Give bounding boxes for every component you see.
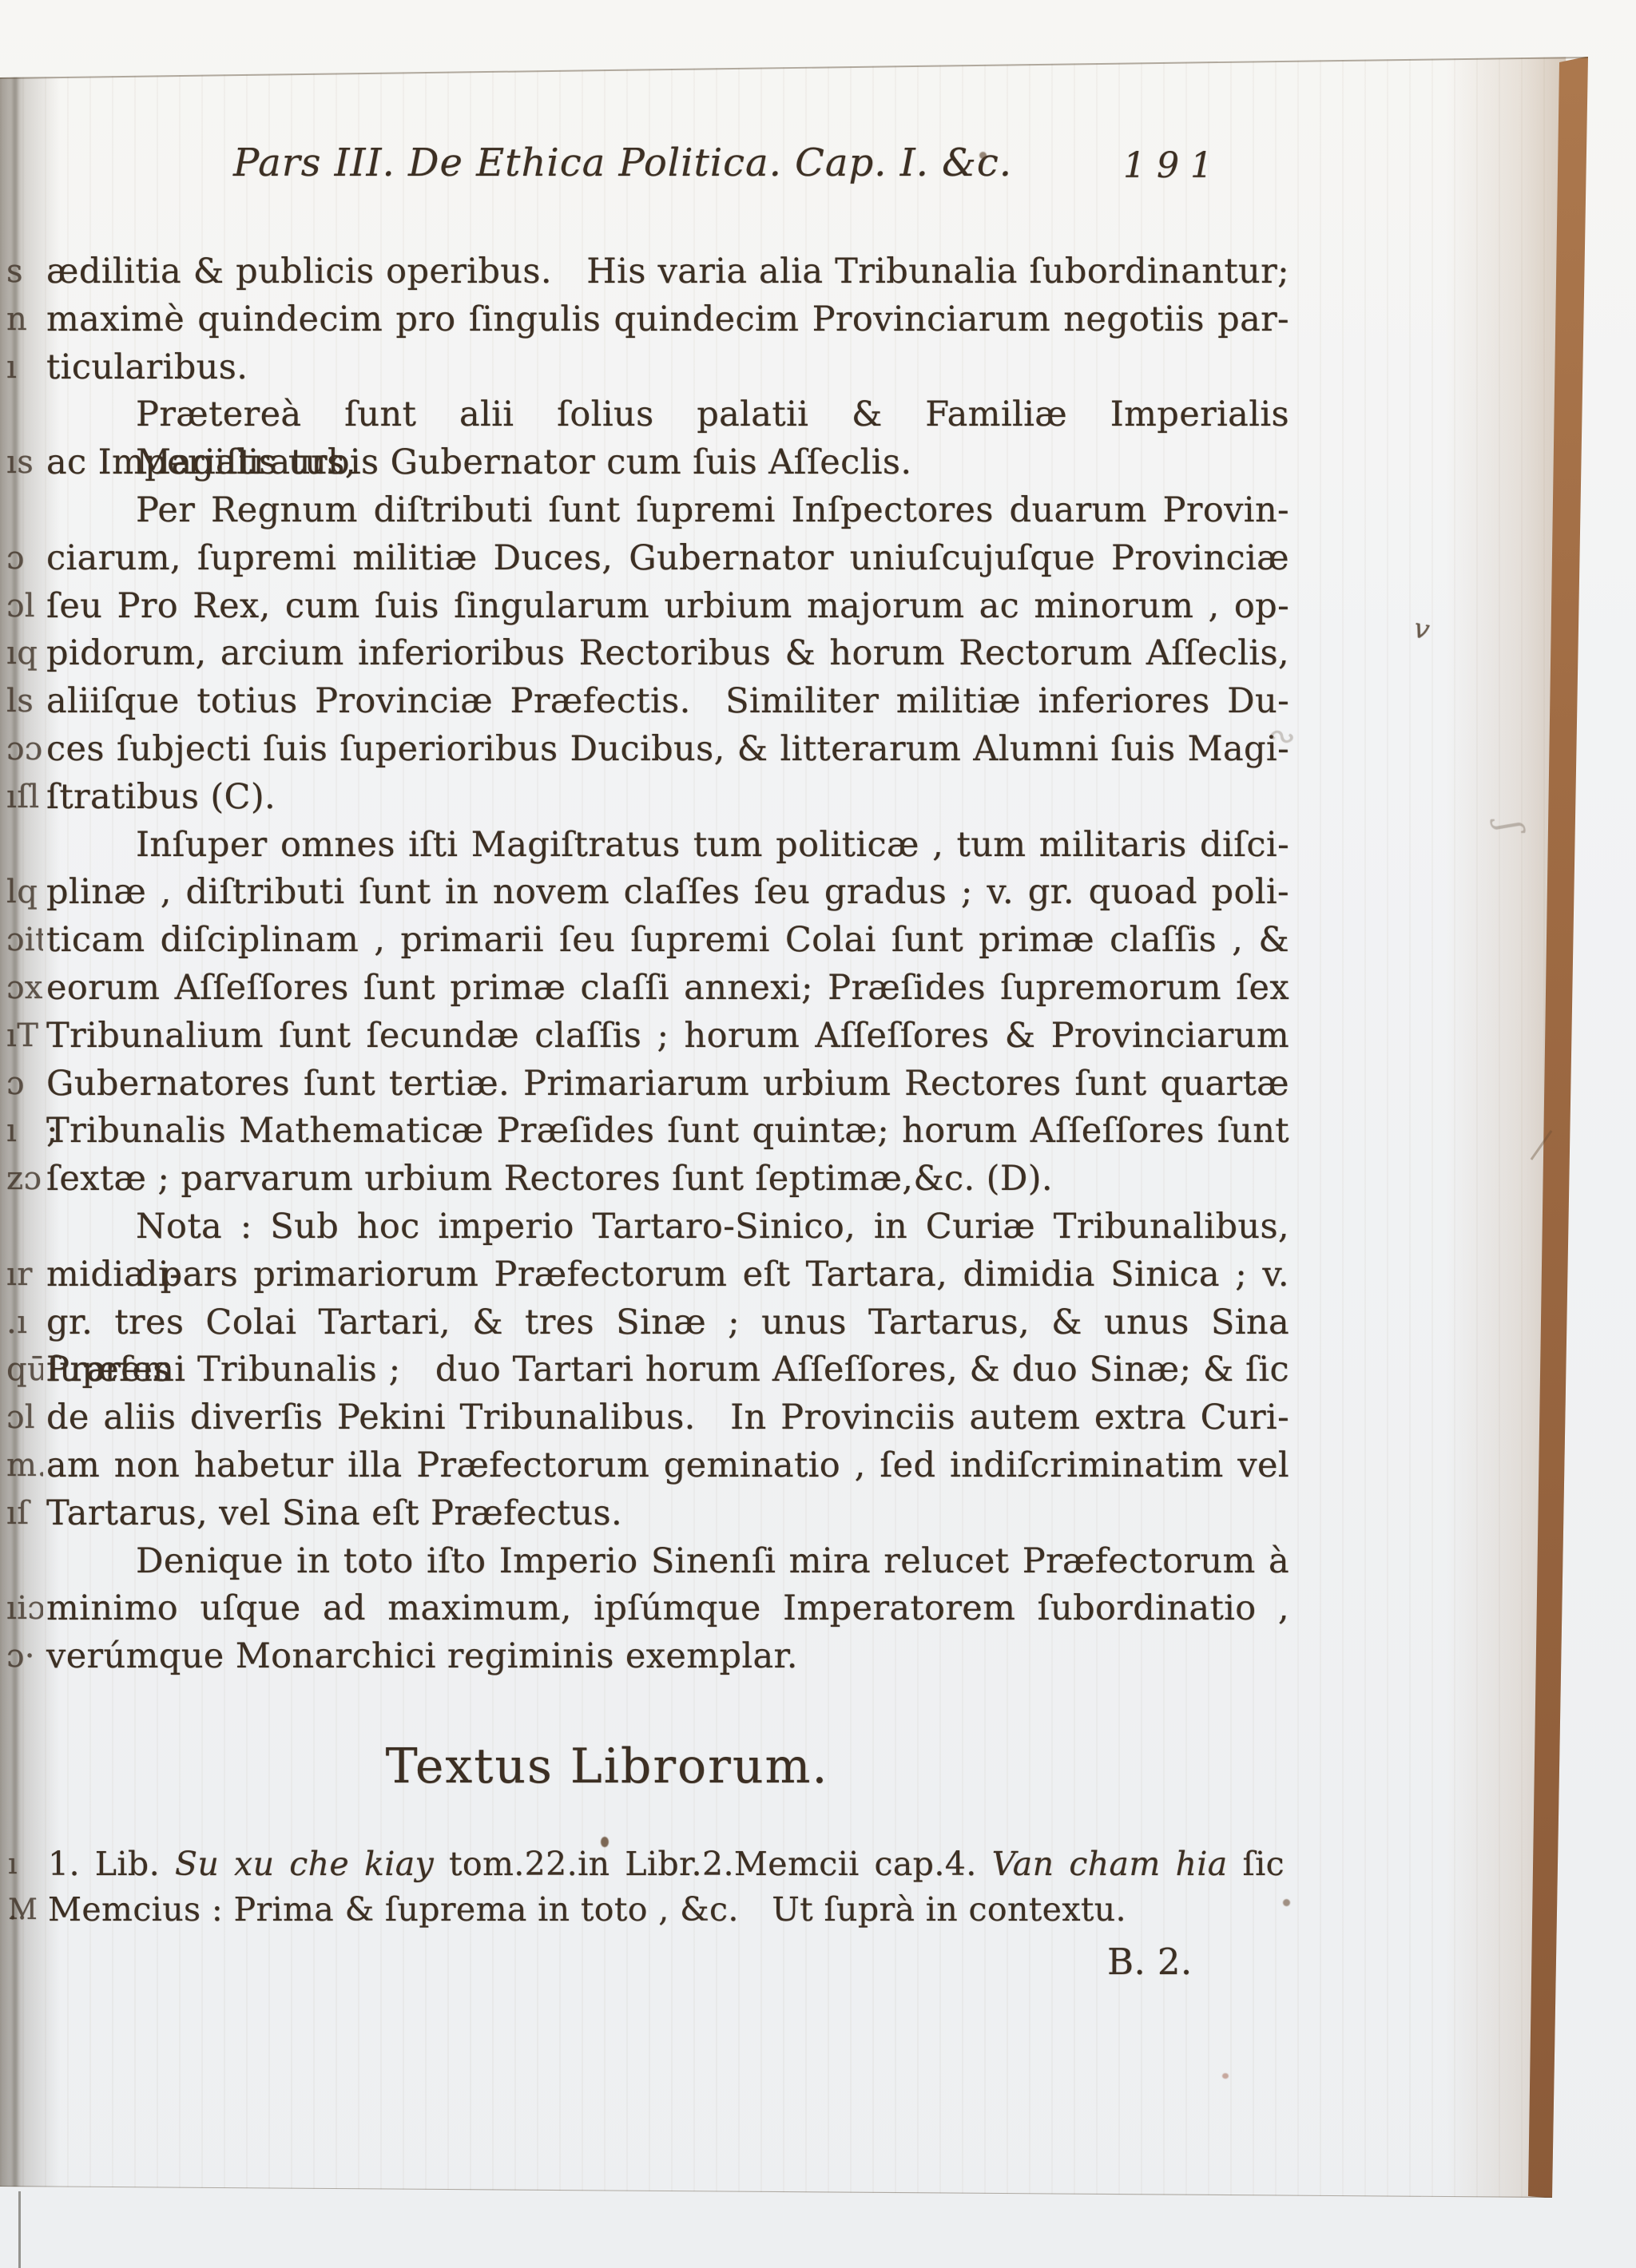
line-text: Per Regnum diſtributi ſunt ſupremi Inſpe…: [46, 487, 1289, 535]
gutter-fragment: ır: [6, 1251, 43, 1299]
gutter-fragment: ɔ: [6, 1061, 43, 1108]
line-text: Inſuper omnes iſti Magiſtratus tum polit…: [46, 822, 1289, 870]
gutter-fragment: zɔ: [6, 1156, 43, 1203]
text-line: ɔlſeu Pro Rex, cum ſuis ſingularum urbiu…: [46, 583, 1289, 631]
gutter-fragment: ɔx: [6, 965, 43, 1013]
line-text: ſtratibus (C).: [46, 774, 1289, 822]
gutter-fragment: ɔit: [6, 917, 43, 965]
line-text: eorum Aſſeſſores ſunt primæ claſſi annex…: [46, 965, 1289, 1013]
text-line: lsaliiſque totius Provinciæ Præfectis. S…: [46, 678, 1289, 726]
line-text: ac Imperialis urbis Gubernator cum ſuis …: [46, 439, 1289, 487]
text-line: ıTTribunalium ſunt ſecundæ claſſis ; hor…: [46, 1013, 1289, 1061]
line-text: ticam diſciplinam , primarii ſeu ſupremi…: [46, 917, 1289, 965]
signature-mark: B. 2.: [1107, 1941, 1193, 1983]
line-text: ſupremi Tribunalis ; duo Tartari horum A…: [46, 1346, 1289, 1394]
line-text: maximè quindecim pro ſingulis quindecim …: [46, 296, 1289, 344]
text-line: ɔitticam diſciplinam , primarii ſeu ſupr…: [46, 917, 1289, 965]
text-line: ıticularibus.: [46, 344, 1289, 392]
line-text: plinæ , diſtributi ſunt in novem claſſes…: [46, 869, 1289, 917]
gutter-fragment: s: [6, 248, 43, 296]
line-text: ciarum, ſupremi militiæ Duces, Gubernato…: [46, 535, 1289, 583]
text-line: Prætereà ſunt alii ſolius palatii & Fami…: [46, 391, 1289, 439]
text-line: ıſlſtratibus (C).: [46, 774, 1289, 822]
gutter-fragment: M: [8, 1887, 45, 1933]
gutter-fragment: ıſl: [6, 774, 43, 822]
text-line: ɔ·verúmque Monarchici regiminis exemplar…: [46, 1633, 1289, 1681]
running-title: Pars III. De Ethica Politica. Cap. I. &c…: [233, 141, 1012, 185]
text-line: ıiɔminimo uſque ad maximum, ipſúmque Imp…: [46, 1585, 1289, 1633]
gutter-fragment: ls: [6, 678, 43, 726]
gutter-fragment: ɔl: [6, 1394, 43, 1442]
gutter-fragment: ıs: [6, 439, 43, 487]
text-line: ɔlde aliis diverſis Pekini Tribunalibus.…: [46, 1394, 1289, 1442]
text-line: ı ..1. Lib. Su xu che kiay tom.22.in Lib…: [48, 1842, 1285, 1887]
text-line: Per Regnum diſtributi ſunt ſupremi Inſpe…: [46, 487, 1289, 535]
scan-background: Pars III. De Ethica Politica. Cap. I. &c…: [0, 0, 1636, 2268]
text-line: nmaximè quindecim pro ſingulis quindecim…: [46, 296, 1289, 344]
gutter-fragment: .ı: [6, 1299, 43, 1347]
gutter-fragment: m.: [6, 1442, 43, 1490]
line-text: pidorum, arcium inferioribus Rectoribus …: [46, 630, 1289, 678]
gutter-fragment: ıT: [6, 1013, 43, 1061]
text-line: m.am non habetur illa Præfectorum gemina…: [46, 1442, 1289, 1490]
line-text: ſextæ ; parvarum urbium Rectores ſunt ſe…: [46, 1156, 1289, 1203]
gutter-fragment: ɔl: [6, 583, 43, 631]
line-text: aliiſque totius Provinciæ Præfectis. Sim…: [46, 678, 1289, 726]
line-text: de aliis diverſis Pekini Tribunalibus. I…: [46, 1394, 1289, 1442]
line-text: Tribunalis Mathematicæ Præſides ſunt qui…: [46, 1108, 1289, 1156]
gutter-fragment: ıſ: [6, 1490, 43, 1538]
line-text: Tribunalium ſunt ſecundæ claſſis ; horum…: [46, 1013, 1289, 1061]
line-text: 1. Lib. Su xu che kiay tom.22.in Libr.2.…: [48, 1842, 1285, 1887]
text-line: ısac Imperialis urbis Gubernator cum ſui…: [46, 439, 1289, 487]
text-line: ɔxeorum Aſſeſſores ſunt primæ claſſi ann…: [46, 965, 1289, 1013]
line-text: Denique in toto iſto Imperio Sinenſi mir…: [46, 1538, 1289, 1586]
line-text: verúmque Monarchici regiminis exemplar.: [46, 1633, 1289, 1681]
gutter-fragment: ı: [6, 1108, 43, 1156]
section-heading: Textus Librorum.: [0, 1738, 1214, 1795]
line-text: ces ſubjecti ſuis ſuperioribus Ducibus, …: [46, 726, 1289, 774]
text-line: ıqpidorum, arcium inferioribus Rectoribu…: [46, 630, 1289, 678]
line-text: midia pars primariorum Præfectorum eſt T…: [46, 1251, 1289, 1299]
ink-speck: [1222, 2073, 1229, 2079]
text-line: ɔciarum, ſupremi militiæ Duces, Gubernat…: [46, 535, 1289, 583]
text-line: Inſuper omnes iſti Magiſtratus tum polit…: [46, 822, 1289, 870]
gutter-fragment: ıiɔ: [6, 1585, 43, 1633]
text-line: ɔGubernatores ſunt tertiæ. Primariarum u…: [46, 1061, 1289, 1108]
gutter-fragment: ıq: [6, 630, 43, 678]
scan-artifact-line: [18, 2191, 21, 2268]
text-line: .ıgr. tres Colai Tartari, & tres Sinæ ; …: [46, 1299, 1289, 1347]
gutter-fragment: ɔ·: [6, 1633, 43, 1681]
text-line: Nota : Sub hoc imperio Tartaro-Sinico, i…: [46, 1203, 1289, 1251]
line-text: Tartarus, vel Sina eſt Præfectus.: [46, 1490, 1289, 1538]
text-line: MMemcius : Prima & ſuprema in toto , &c.…: [48, 1887, 1285, 1933]
text-line: qūſupremi Tribunalis ; duo Tartari horum…: [46, 1346, 1289, 1394]
ink-speck: [1283, 1899, 1290, 1906]
line-text: ſeu Pro Rex, cum ſuis ſingularum urbium …: [46, 583, 1289, 631]
text-line: ıſTartarus, vel Sina eſt Præfectus.: [46, 1490, 1289, 1538]
line-text: ticularibus.: [46, 344, 1289, 392]
text-line: sædilitia & publicis operibus. His varia…: [46, 248, 1289, 296]
ink-speck: [601, 1837, 609, 1847]
gutter-fragment: qū: [6, 1346, 43, 1394]
text-line: ırmidia pars primariorum Præfectorum eſt…: [46, 1251, 1289, 1299]
line-text: minimo uſque ad maximum, ipſúmque Impera…: [46, 1585, 1289, 1633]
line-text: ædilitia & publicis operibus. His varia …: [46, 248, 1289, 296]
page-number: 191: [1123, 145, 1224, 186]
gutter-fragment: lq: [6, 869, 43, 917]
line-text: Memcius : Prima & ſuprema in toto , &c. …: [48, 1887, 1285, 1933]
body-text: sædilitia & publicis operibus. His varia…: [46, 248, 1289, 1681]
line-text: am non habetur illa Præfectorum geminati…: [46, 1442, 1289, 1490]
gutter-fragment: ɔɔ: [6, 726, 43, 774]
text-line: zɔſextæ ; parvarum urbium Rectores ſunt …: [46, 1156, 1289, 1203]
gutter-fragment: ɔ: [6, 535, 43, 583]
gutter-fragment: ı: [6, 344, 43, 392]
ink-speck: [979, 152, 987, 159]
text-line: Denique in toto iſto Imperio Sinenſi mir…: [46, 1538, 1289, 1586]
text-line: ɔɔces ſubjecti ſuis ſuperioribus Ducibus…: [46, 726, 1289, 774]
book-page: Pars III. De Ethica Politica. Cap. I. &c…: [0, 0, 1636, 2268]
text-line: ıTribunalis Mathematicæ Præſides ſunt qu…: [46, 1108, 1289, 1156]
footnote-text: ı ..1. Lib. Su xu che kiay tom.22.in Lib…: [48, 1842, 1285, 1933]
text-line: lqplinæ , diſtributi ſunt in novem claſſ…: [46, 869, 1289, 917]
gutter-fragment: n: [6, 296, 43, 344]
